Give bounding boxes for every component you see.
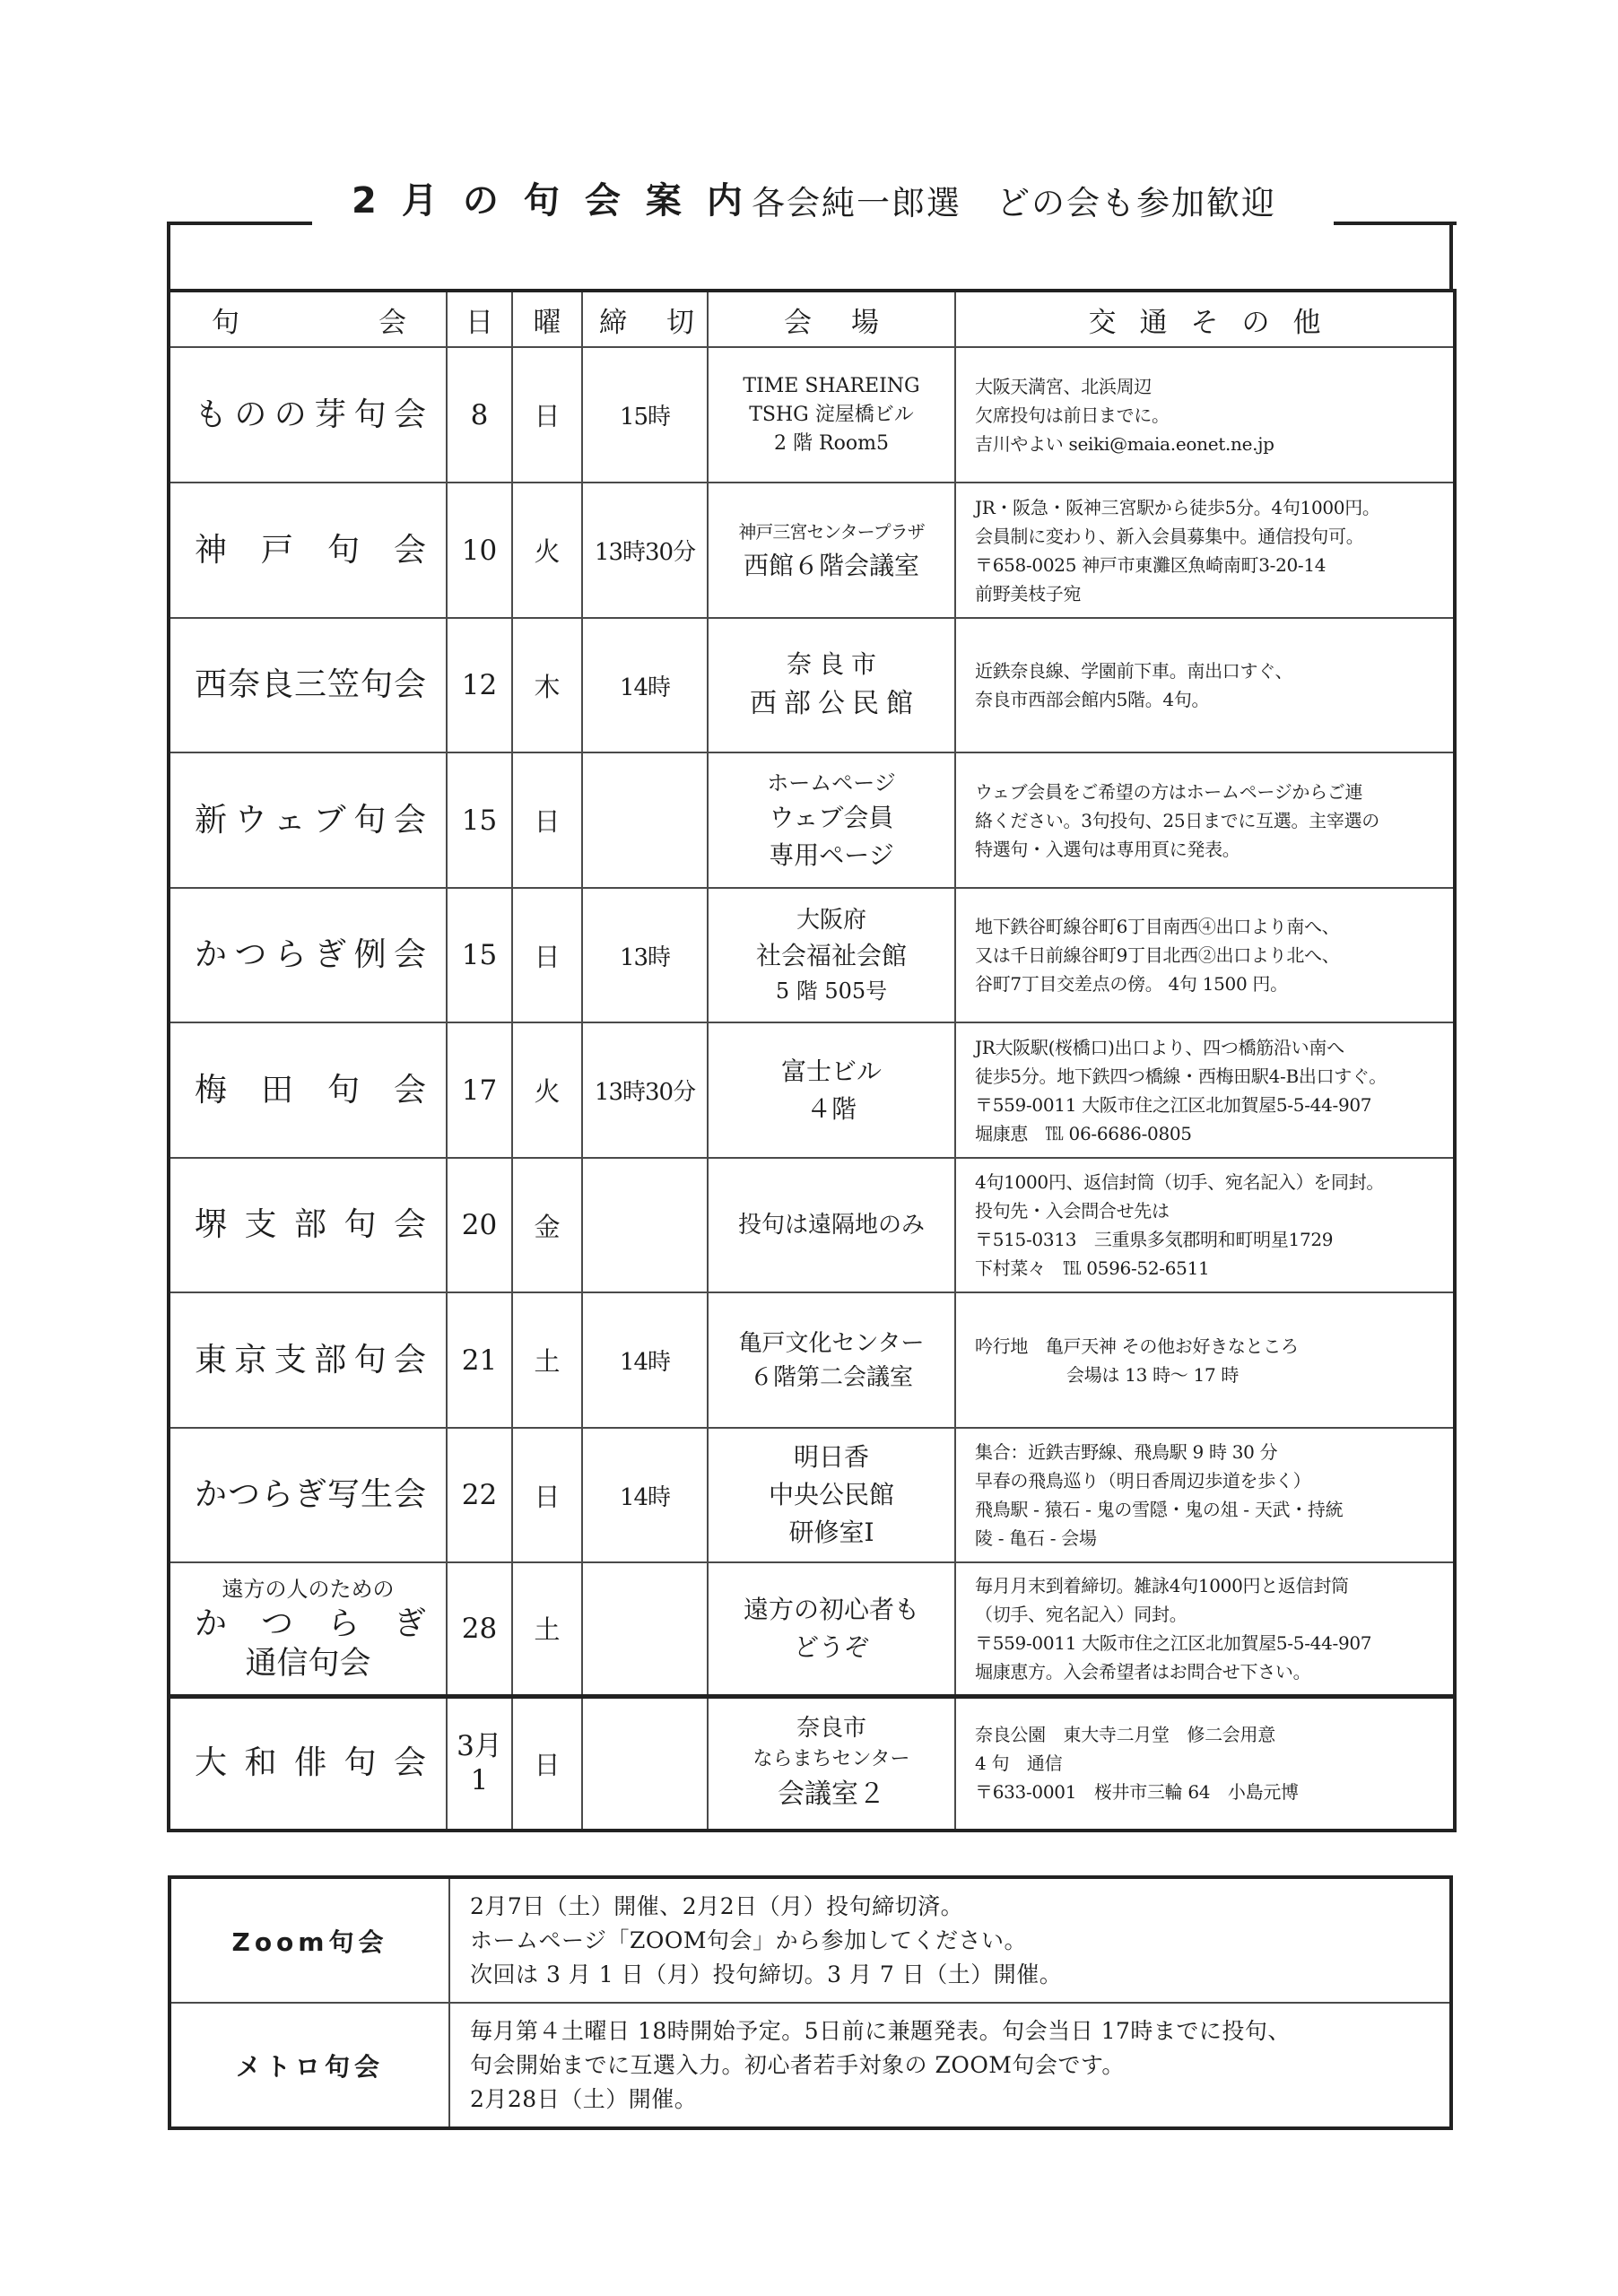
venue-cell: 大阪府 社会福祉会館 5 階 505号 bbox=[708, 888, 955, 1022]
table-row: 東京支部句会 21 土 14時 亀戸文化センター ６階第二会議室 吟行地 亀戸天… bbox=[169, 1292, 1455, 1428]
club-name-prefix: 遠方の人のための bbox=[170, 1574, 446, 1605]
weekday-cell: 日 bbox=[512, 347, 582, 483]
notes-cell: JR・阪急・阪神三宮駅から徒歩5分。4句1000円。 会員制に変わり、新入会員募… bbox=[955, 483, 1455, 618]
title-band-frame bbox=[167, 223, 1453, 289]
deadline-cell bbox=[582, 1158, 708, 1292]
day-cell: 21 bbox=[447, 1292, 512, 1428]
day-cell: 15 bbox=[447, 888, 512, 1022]
notes-cell: JR大阪駅(桜橋口)出口より、四つ橋筋沿い南へ 徒歩5分。地下鉄四つ橋線・西梅田… bbox=[955, 1022, 1455, 1158]
club-name-cell: 新ウェブ句会 bbox=[169, 752, 447, 888]
club-name-cell: 東京支部句会 bbox=[169, 1292, 447, 1428]
header-deadline: 締切 bbox=[582, 291, 708, 347]
deadline-cell: 14時 bbox=[582, 618, 708, 752]
day-cell: 17 bbox=[447, 1022, 512, 1158]
deadline-cell bbox=[582, 1696, 708, 1831]
weekday-cell: 火 bbox=[512, 1022, 582, 1158]
club-name: かつらぎ例会 bbox=[170, 935, 446, 975]
venue-cell: 亀戸文化センター ６階第二会議室 bbox=[708, 1292, 955, 1428]
club-name-cell: 堺支部句会 bbox=[169, 1158, 447, 1292]
notes-cell: ウェブ会員をご希望の方はホームページからご連 絡ください。3句投句、25日までに… bbox=[955, 752, 1455, 888]
venue-cell: 明日香 中央公民館 研修室Ⅰ bbox=[708, 1428, 955, 1562]
weekday-cell: 日 bbox=[512, 1428, 582, 1562]
day-cell: 28 bbox=[447, 1562, 512, 1696]
page-title: 2月の句会案内 bbox=[352, 179, 768, 222]
table-row: ものの芽句会 8 日 15時 TIME SHAREING TSHG 淀屋橋ビル … bbox=[169, 347, 1455, 483]
club-name: かつらぎ写生会 bbox=[170, 1475, 446, 1515]
notes-cell: 毎月月末到着締切。雑詠4句1000円と返信封筒 （切手、宛名記入）同封。 〒55… bbox=[955, 1562, 1455, 1696]
notes-cell: 吟行地 亀戸天神 その他お好きなところ 会場は 13 時〜 17 時 bbox=[955, 1292, 1455, 1428]
header-day: 日 bbox=[447, 291, 512, 347]
day-cell: 12 bbox=[447, 618, 512, 752]
club-name: 大和俳句会 bbox=[170, 1744, 446, 1783]
venue-cell: 遠方の初心者も どうぞ bbox=[708, 1562, 955, 1696]
online-sessions-table: Zoom句会 2月7日（土）開催、2月2日（月）投句締切済。 ホームページ「ZO… bbox=[168, 1875, 1453, 2130]
online-name: メトロ句会 bbox=[170, 2003, 449, 2128]
page-subtitle: 各会純一郎選 どの会も参加歓迎 bbox=[752, 183, 1276, 224]
table-row: 新ウェブ句会 15 日 ホームページ ウェブ会員 専用ページ ウェブ会員をご希望… bbox=[169, 752, 1455, 888]
weekday-cell: 土 bbox=[512, 1562, 582, 1696]
weekday-cell: 日 bbox=[512, 1696, 582, 1831]
header-weekday: 曜 bbox=[512, 291, 582, 347]
deadline-cell: 15時 bbox=[582, 347, 708, 483]
table-row: 遠方の人のための かつらぎ 通信句会 28 土 遠方の初心者も どうぞ 毎月月末… bbox=[169, 1562, 1455, 1696]
club-name-cell: 大和俳句会 bbox=[169, 1696, 447, 1831]
venue-cell: TIME SHAREING TSHG 淀屋橋ビル 2 階 Room5 bbox=[708, 347, 955, 483]
club-name: ものの芽句会 bbox=[170, 396, 446, 435]
deadline-cell bbox=[582, 1562, 708, 1696]
notes-cell: 地下鉄谷町線谷町6丁目南西④出口より南へ、 又は千日前線谷町9丁目北西②出口より… bbox=[955, 888, 1455, 1022]
notes-cell: 集合：近鉄吉野線、飛鳥駅 9 時 30 分 早春の飛鳥巡り（明日香周辺歩道を歩く… bbox=[955, 1428, 1455, 1562]
online-details: 毎月第４土曜日 18時開始予定。5日前に兼題発表。句会当日 17時までに投句、 … bbox=[449, 2003, 1451, 2128]
online-row-zoom: Zoom句会 2月7日（土）開催、2月2日（月）投句締切済。 ホームページ「ZO… bbox=[170, 1877, 1451, 2003]
day-cell: 22 bbox=[447, 1428, 512, 1562]
club-name-cell: 梅田句会 bbox=[169, 1022, 447, 1158]
deadline-cell: 13時30分 bbox=[582, 1022, 708, 1158]
online-row-metro: メトロ句会 毎月第４土曜日 18時開始予定。5日前に兼題発表。句会当日 17時ま… bbox=[170, 2003, 1451, 2128]
notes-cell: 大阪天満宮、北浜周辺 欠席投句は前日までに。 吉川やよい seiki@maia.… bbox=[955, 347, 1455, 483]
day-cell: 8 bbox=[447, 347, 512, 483]
schedule-table: 句会 日 曜 締切 会場 交通その他 ものの芽句会 8 日 15時 TIME S… bbox=[167, 289, 1457, 1832]
online-details: 2月7日（土）開催、2月2日（月）投句締切済。 ホームページ「ZOOM句会」から… bbox=[449, 1877, 1451, 2003]
table-row: かつらぎ写生会 22 日 14時 明日香 中央公民館 研修室Ⅰ 集合：近鉄吉野線… bbox=[169, 1428, 1455, 1562]
club-name: かつらぎ bbox=[170, 1605, 446, 1644]
club-name: 西奈良三笠句会 bbox=[170, 665, 446, 705]
club-name-cell: かつらぎ例会 bbox=[169, 888, 447, 1022]
venue-cell: ホームページ ウェブ会員 専用ページ bbox=[708, 752, 955, 888]
venue-cell: 投句は遠隔地のみ bbox=[708, 1158, 955, 1292]
deadline-cell: 13時 bbox=[582, 888, 708, 1022]
table-row: 神戸句会 10 火 13時30分 神戸三宮センタープラザ 西館６階会議室 JR・… bbox=[169, 483, 1455, 618]
table-row: 大和俳句会 3月 1 日 奈良市 ならまちセンター 会議室２ 奈良公園 東大寺二… bbox=[169, 1696, 1455, 1831]
venue-cell: 奈良市 ならまちセンター 会議室２ bbox=[708, 1696, 955, 1831]
day-cell: 15 bbox=[447, 752, 512, 888]
club-name-suffix: 通信句会 bbox=[170, 1644, 446, 1683]
online-name: Zoom句会 bbox=[170, 1877, 449, 2003]
table-row: 梅田句会 17 火 13時30分 富士ビル ４階 JR大阪駅(桜橋口)出口より、… bbox=[169, 1022, 1455, 1158]
header-club: 句会 bbox=[169, 291, 447, 347]
deadline-cell bbox=[582, 752, 708, 888]
notes-cell: 近鉄奈良線、学園前下車。南出口すぐ、 奈良市西部会館内5階。4句。 bbox=[955, 618, 1455, 752]
club-name: 東京支部句会 bbox=[170, 1341, 446, 1380]
weekday-cell: 日 bbox=[512, 752, 582, 888]
header-venue: 会場 bbox=[708, 291, 955, 347]
club-name-cell: 神戸句会 bbox=[169, 483, 447, 618]
deadline-cell: 14時 bbox=[582, 1428, 708, 1562]
day-cell: 20 bbox=[447, 1158, 512, 1292]
venue-cell: 富士ビル ４階 bbox=[708, 1022, 955, 1158]
weekday-cell: 木 bbox=[512, 618, 582, 752]
weekday-cell: 金 bbox=[512, 1158, 582, 1292]
day-cell: 10 bbox=[447, 483, 512, 618]
weekday-cell: 日 bbox=[512, 888, 582, 1022]
notes-cell: 奈良公園 東大寺二月堂 修二会用意 4 句 通信 〒633-0001 桜井市三輪… bbox=[955, 1696, 1455, 1831]
club-name-cell: かつらぎ写生会 bbox=[169, 1428, 447, 1562]
club-name: 梅田句会 bbox=[170, 1071, 446, 1110]
venue-cell: 神戸三宮センタープラザ 西館６階会議室 bbox=[708, 483, 955, 618]
club-name-cell: ものの芽句会 bbox=[169, 347, 447, 483]
table-row: かつらぎ例会 15 日 13時 大阪府 社会福祉会館 5 階 505号 地下鉄谷… bbox=[169, 888, 1455, 1022]
club-name-cell: 西奈良三笠句会 bbox=[169, 618, 447, 752]
deadline-cell: 14時 bbox=[582, 1292, 708, 1428]
club-name: 堺支部句会 bbox=[170, 1205, 446, 1245]
club-name: 神戸句会 bbox=[170, 531, 446, 570]
venue-cell: 奈良市 西部公民館 bbox=[708, 618, 955, 752]
header-notes: 交通その他 bbox=[955, 291, 1455, 347]
deadline-cell: 13時30分 bbox=[582, 483, 708, 618]
table-row: 堺支部句会 20 金 投句は遠隔地のみ 4句1000円、返信封筒（切手、宛名記入… bbox=[169, 1158, 1455, 1292]
header-row: 句会 日 曜 締切 会場 交通その他 bbox=[169, 291, 1455, 347]
weekday-cell: 土 bbox=[512, 1292, 582, 1428]
club-name: 新ウェブ句会 bbox=[170, 801, 446, 840]
weekday-cell: 火 bbox=[512, 483, 582, 618]
day-cell: 3月 1 bbox=[447, 1696, 512, 1831]
club-name-cell: 遠方の人のための かつらぎ 通信句会 bbox=[169, 1562, 447, 1696]
notes-cell: 4句1000円、返信封筒（切手、宛名記入）を同封。 投句先・入会問合せ先は 〒5… bbox=[955, 1158, 1455, 1292]
table-row: 西奈良三笠句会 12 木 14時 奈良市 西部公民館 近鉄奈良線、学園前下車。南… bbox=[169, 618, 1455, 752]
